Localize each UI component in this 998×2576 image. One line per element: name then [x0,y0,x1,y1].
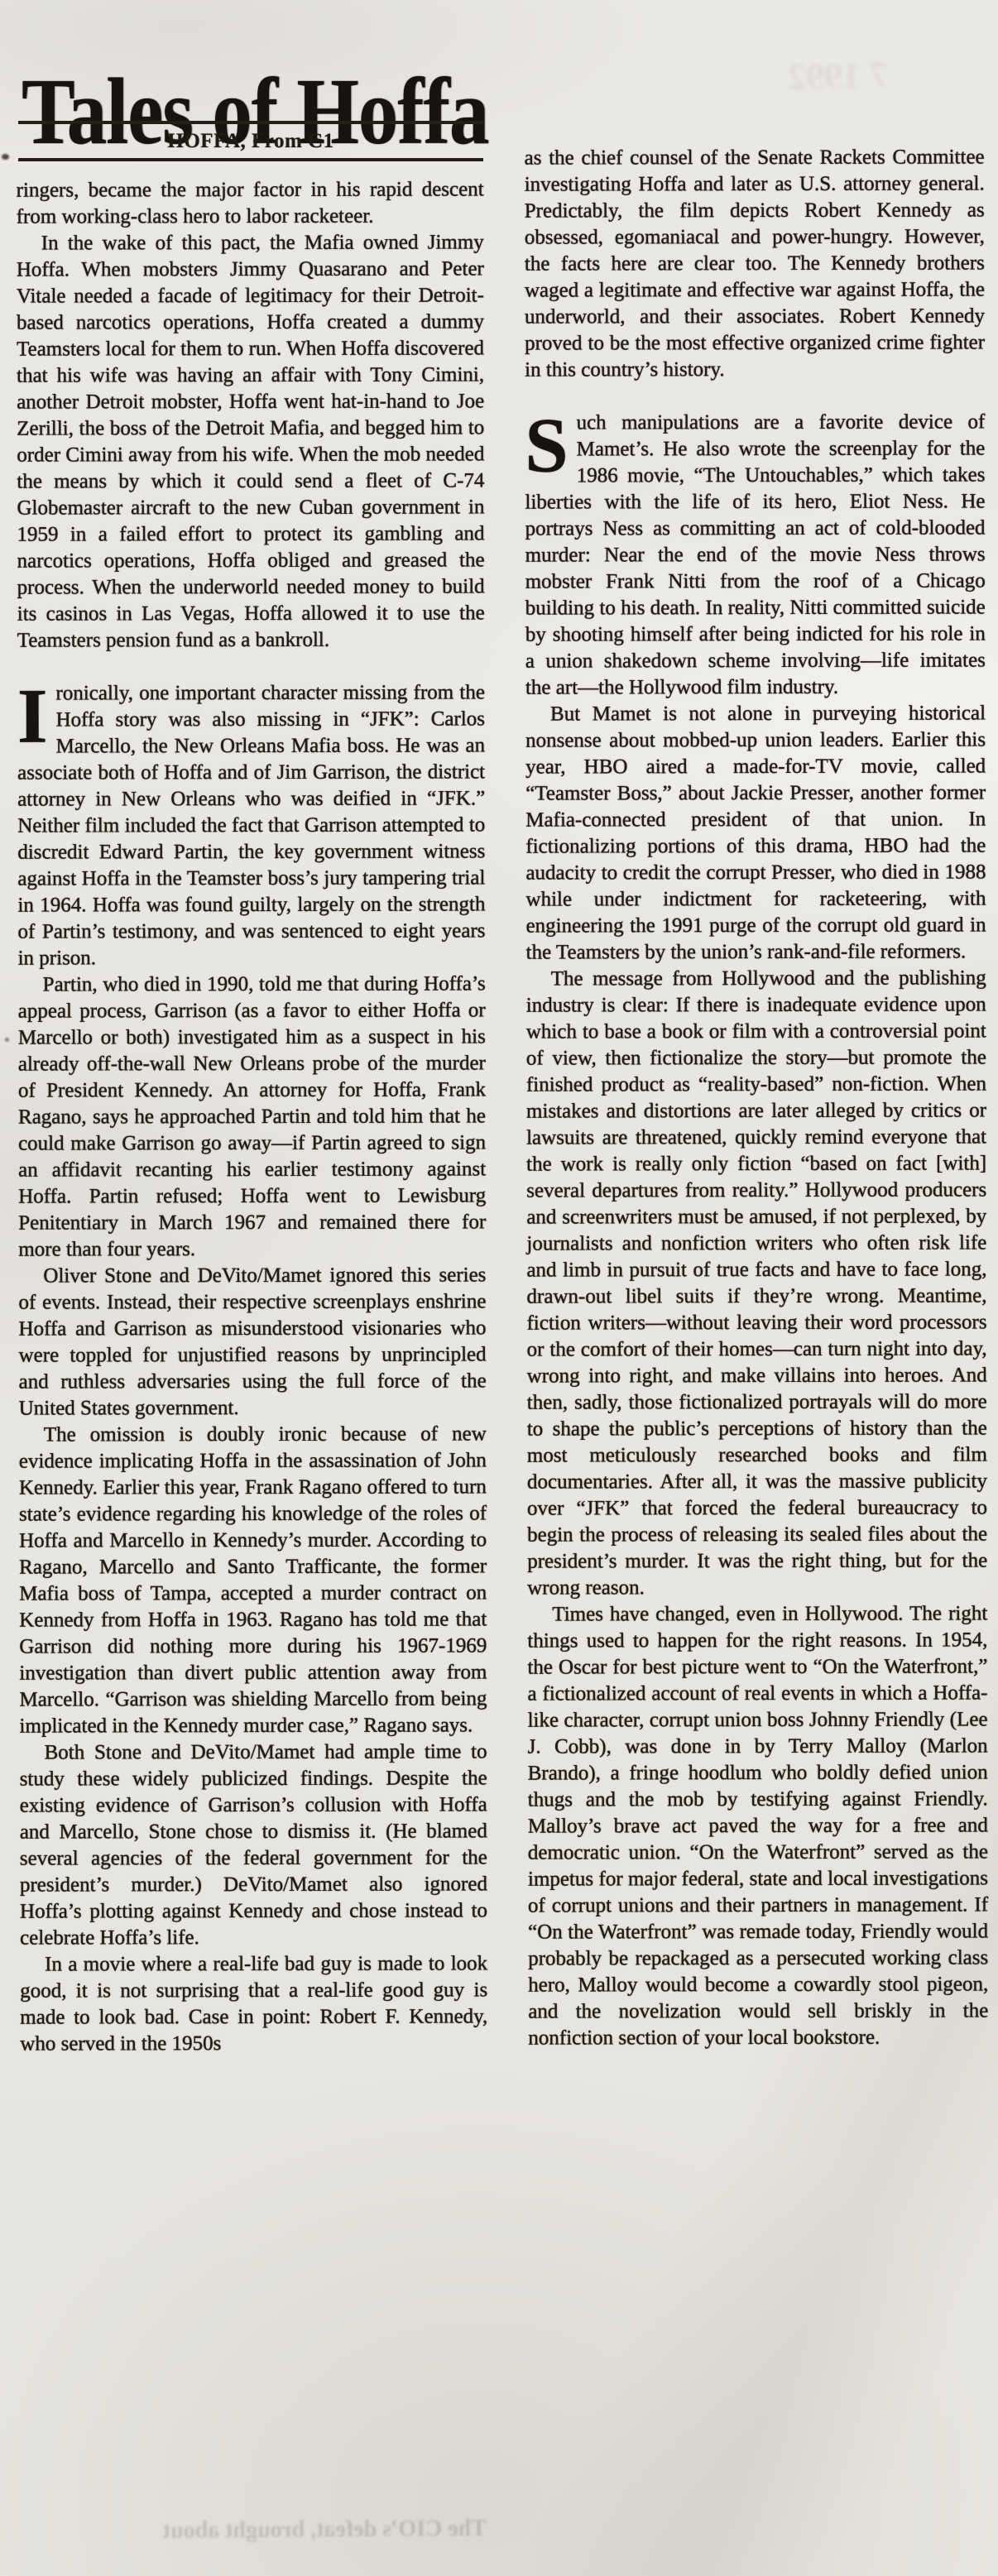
article-paragraph: Times have changed, even in Hollywood. T… [527,1600,988,2051]
article-column-left: ringers, became the major factor in his … [17,176,488,2057]
article-paragraph: Oliver Stone and DeVito/Mamet ignored th… [18,1262,486,1422]
article-paragraph: In a movie where a real-life bad guy is … [20,1950,487,2057]
ghost-bleedthrough-text: 7 1992 [787,53,888,98]
article-column-right: as the chief counsel of the Senate Racke… [525,144,989,2051]
article-paragraph: Such manipulations are a favorite device… [525,409,986,701]
drop-cap: I [17,680,56,748]
article-paragraph: ringers, became the major factor in his … [17,176,484,230]
article-paragraph: Partin, who died in 1990, told me that d… [18,971,487,1263]
article-paragraph: In the wake of this pact, the Mafia owne… [17,229,485,654]
article-paragraph: Both Stone and DeVito/Mamet had ample ti… [20,1739,488,1951]
newspaper-clipping-scan: { "colors": { "paper": "#e9e7e2", "ink":… [0,0,998,2576]
article-paragraph: The message from Hollywood and the publi… [526,965,988,1601]
article-paragraph: The omission is doubly ironic because of… [19,1421,487,1739]
ghost-bleedthrough-text: The CIO’s defeat, brought about [23,2516,487,2545]
article-paragraph: But Mamet is not alone in purveying hist… [525,700,986,966]
drop-cap: S [525,410,576,477]
article-paragraph: as the chief counsel of the Senate Racke… [525,144,986,383]
continuation-kicker: HOFFA, From C1 [18,121,483,161]
scan-speck [2,154,9,160]
scan-speck [5,1038,9,1042]
article-paragraph: Ironically, one important character miss… [17,679,486,971]
